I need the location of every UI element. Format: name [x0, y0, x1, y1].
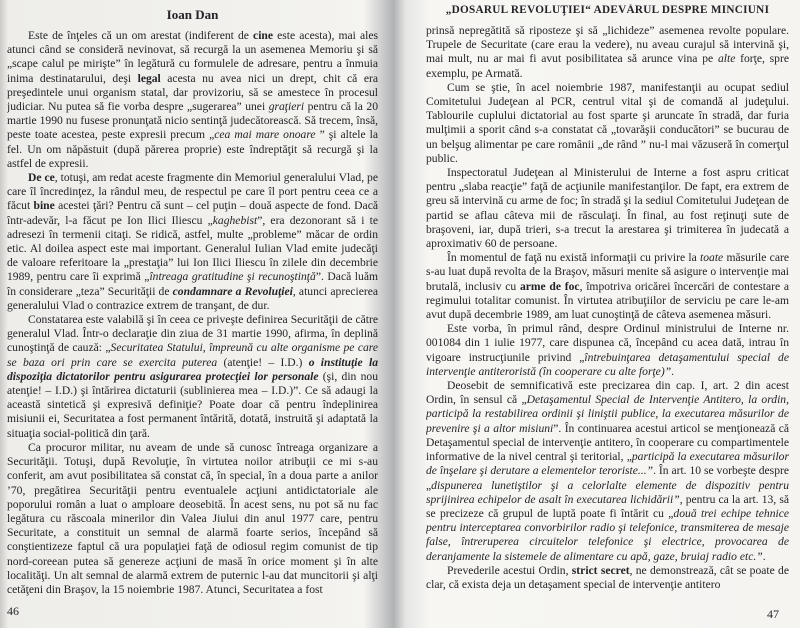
- page-number-right: 47: [767, 607, 779, 622]
- page-number-left: 46: [7, 604, 19, 619]
- text-run: .: [671, 365, 674, 378]
- paragraph: De ce, totuşi, am redat aceste fragmente…: [7, 171, 378, 313]
- left-page: Ioan Dan Este de înţeles că un om aresta…: [7, 7, 378, 623]
- text-run: În momentul de faţă nu există informaţii…: [447, 251, 700, 264]
- emphasis-text-run: întreaga gratitudine şi recunoştinţă: [149, 270, 315, 283]
- text-run: Inspectoratul Judeţean al Ministerului d…: [426, 166, 789, 250]
- paragraph: prinsă nepregătită să riposteze şi să „l…: [426, 24, 789, 81]
- left-running-header-author: Ioan Dan: [7, 7, 378, 23]
- paragraph: În momentul de faţă nu există informaţii…: [426, 251, 789, 322]
- left-page-body: Este de înţeles că un om arestat (indife…: [7, 29, 378, 597]
- emphasis-text-run: strict secret: [572, 564, 630, 577]
- emphasis-text-run: graţieri: [269, 100, 304, 113]
- paragraph: Prevederile acestui Ordin, strict secret…: [426, 564, 789, 592]
- emphasis-text-run: alte: [718, 52, 735, 65]
- paragraph: Este vorba, în primul rând, despre Ordin…: [426, 322, 789, 379]
- right-page: „DOSARUL REVOLUŢIEI“ ADEVĂRUL DESPRE MIN…: [426, 4, 789, 626]
- emphasis-text-run: legal: [138, 72, 161, 85]
- emphasis-text-run: bine: [34, 199, 55, 212]
- emphasis-text-run: arme de foc: [520, 280, 580, 293]
- text-run: Ca procuror militar, nu aveam de unde să…: [7, 441, 378, 596]
- text-run: .: [763, 550, 766, 563]
- paragraph: Inspectoratul Judeţean al Ministerului d…: [426, 166, 789, 251]
- paragraph: Este de înţeles că un om arestat (indife…: [7, 29, 378, 171]
- text-run: (atenţie! – I.D.): [217, 356, 309, 369]
- text-run: Cum se ştie, în acel noiembrie 1987, man…: [426, 81, 789, 165]
- paragraph: Deosebit de semnificativă este precizare…: [426, 379, 789, 564]
- emphasis-text-run: toate: [700, 251, 723, 264]
- right-running-header-title: „DOSARUL REVOLUŢIEI“ ADEVĂRUL DESPRE MIN…: [426, 4, 789, 16]
- book-spread-scan: Ioan Dan Este de înţeles că un om aresta…: [0, 0, 800, 628]
- emphasis-text-run: cine: [253, 29, 273, 42]
- paragraph: Cum se ştie, în acel noiembrie 1987, man…: [426, 81, 789, 166]
- emphasis-text-run: condamnare a Revoluţiei: [173, 285, 293, 298]
- text-run: Prevederile acestui Ordin,: [447, 564, 572, 577]
- emphasis-text-run: De ce: [28, 171, 55, 184]
- emphasis-text-run: cea mai mare onoare: [214, 128, 315, 141]
- paragraph: Ca procuror militar, nu aveam de unde să…: [7, 441, 378, 597]
- right-page-body: prinsă nepregătită să riposteze şi să „l…: [426, 24, 789, 592]
- emphasis-text-run: kaghebist: [213, 214, 257, 227]
- paragraph: Constatarea este valabilă şi în ceea ce …: [7, 313, 378, 441]
- text-run: Este de înţeles că un om arestat (indife…: [28, 29, 253, 42]
